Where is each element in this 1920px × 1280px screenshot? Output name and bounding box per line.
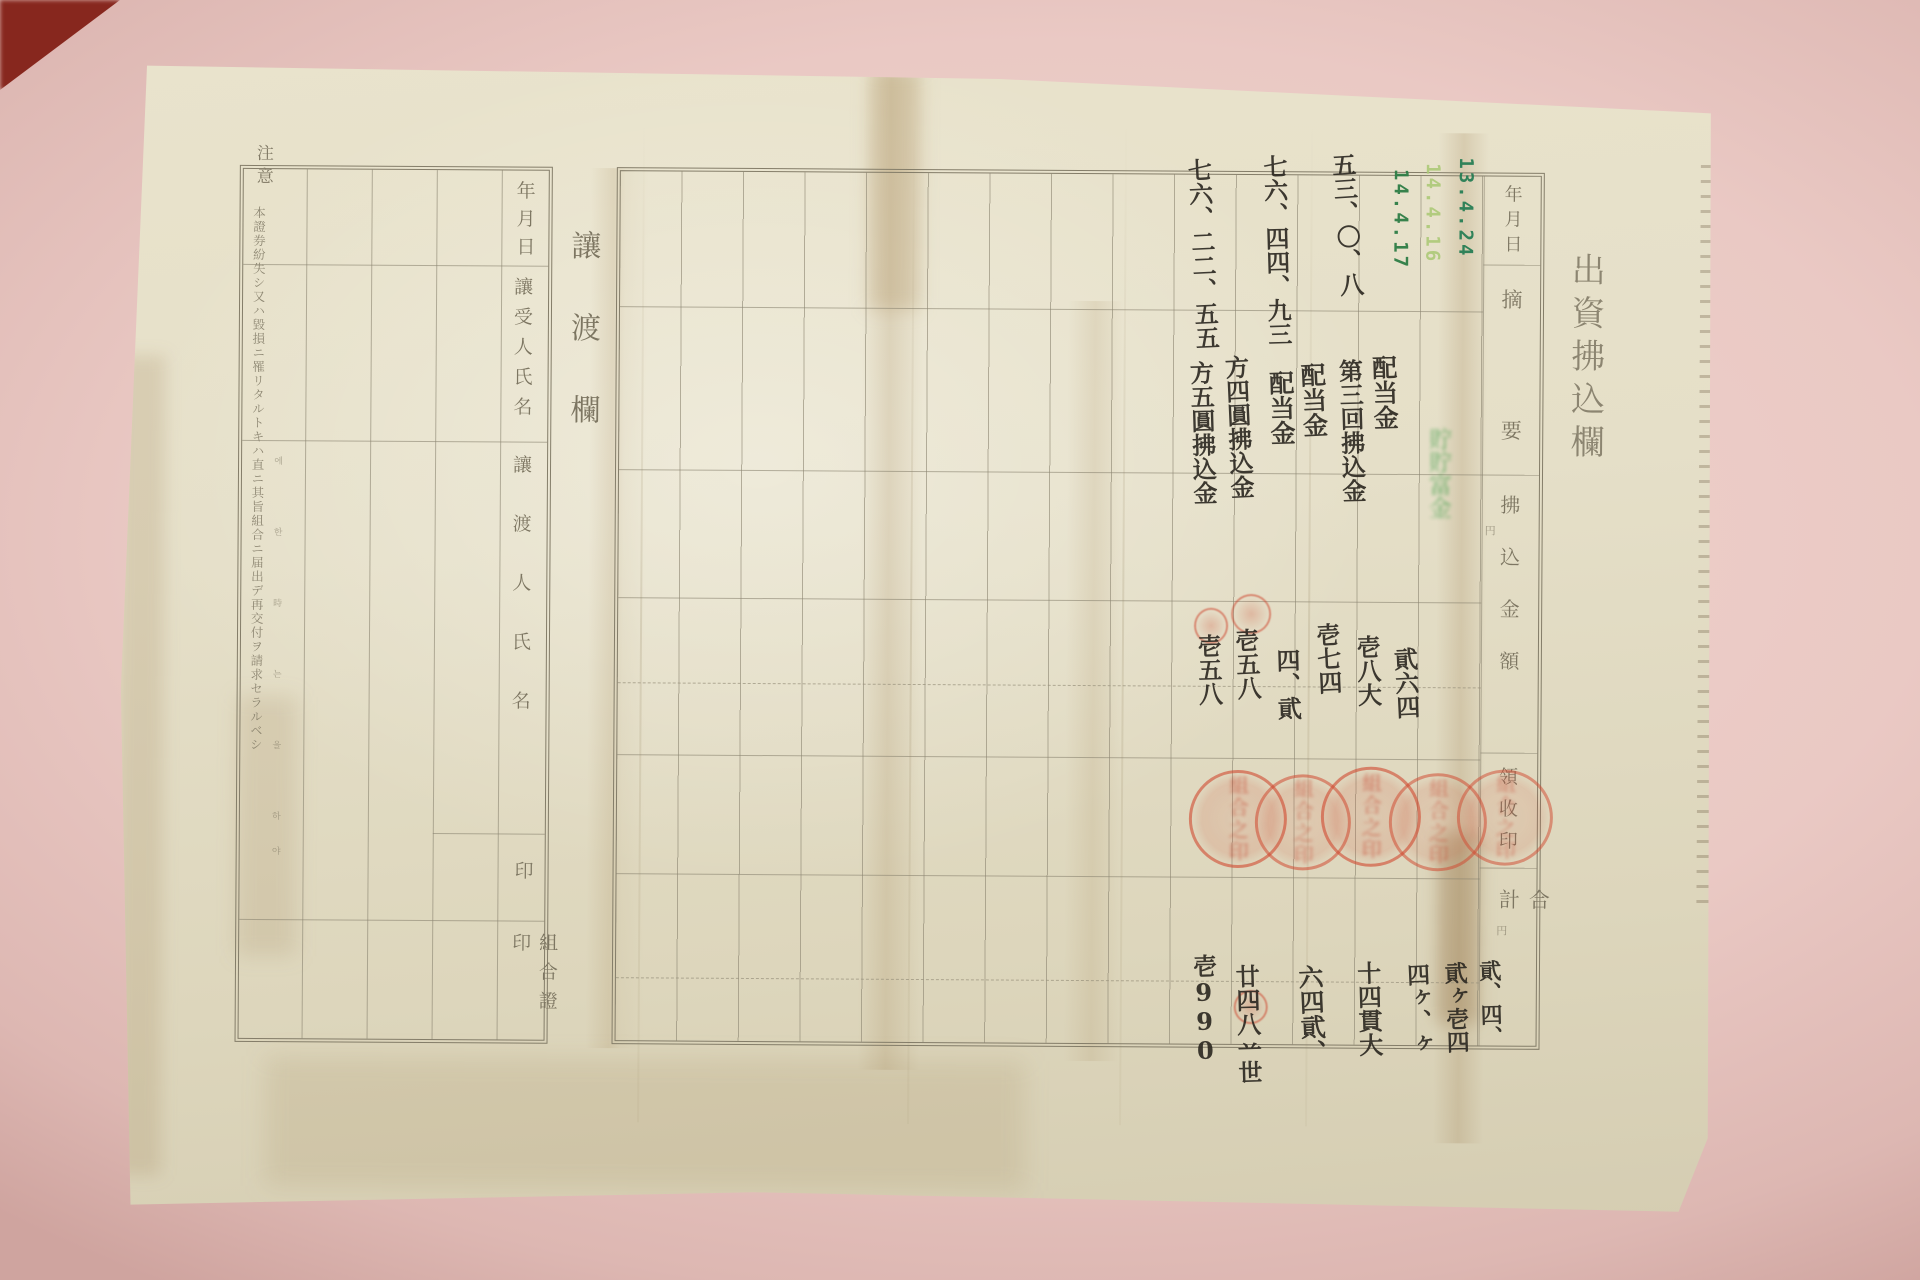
unit-mark-amount: 円 (1485, 522, 1496, 538)
summary-haitokin-3: 配当金 (1262, 370, 1298, 446)
total-col-5: 四ヶ、ヶ (1400, 962, 1436, 1055)
photo-background: 注意 本證券紛失シ又ハ毀損ニ罹リタルトキハ直ニ其旨組合ニ届出デ再交付ヲ請求セラル… (0, 0, 1920, 1280)
amount-col-2: 壱五八 (1226, 627, 1265, 701)
payment-section-title: 出資拂込欄 (1560, 252, 1610, 467)
payment-table: 年月日 摘要 拂込金額 領收印 合計 円 円 (615, 170, 1542, 1047)
transfer-header-transferee: 讓受人氏名 (508, 277, 536, 427)
transfer-table: 年月日 讓受人氏名 讓渡人氏名 印 組合證印 (238, 168, 550, 1041)
paper-stains (122, 55, 1718, 65)
summary-5yen: 方五圓拂込金 (1184, 360, 1219, 505)
amount-col-4: 壱七四 (1308, 622, 1345, 695)
transfer-header-date: 年月日 (511, 181, 539, 265)
backdrop-corner (0, 0, 120, 90)
payment-header-amount: 拂込金額 (1494, 495, 1524, 703)
total-col-7: 貮、四、 (1473, 959, 1507, 1048)
transfer-header-union-seal: 組合證印 (507, 933, 562, 1040)
summary-haitokin-2: 配当金 (1294, 362, 1331, 438)
date-stamp-14-4-16: 14.4.16 (1421, 163, 1444, 264)
transfer-header-seal: 印 (510, 861, 537, 880)
transfer-section-label: 讓渡欄 (559, 230, 605, 476)
payment-header-date: 年月日 (1498, 185, 1524, 260)
amount-col-5: 壱八大 (1349, 634, 1385, 707)
amount-col-1: 壱五八 (1189, 633, 1227, 706)
handwritten-date-col-2: 七六、四四、九三 (1258, 154, 1294, 347)
total-col-4: 十四貫大 (1350, 960, 1385, 1057)
summary-haitokin-1: 配当金 (1365, 354, 1401, 430)
total-col-1: 壱990 (1186, 953, 1222, 1065)
green-ink-stamp: 貯貯富金 (1422, 427, 1455, 519)
summary-4yen: 方四圓拂込金 (1219, 354, 1257, 499)
total-col-2: 廿四八䒑世 (1230, 964, 1263, 1085)
transfer-table-grid (244, 169, 549, 171)
summary-dai3kai: 第三回拂込金 (1332, 358, 1368, 503)
date-stamp-14-4-17: 14.4.17 (1389, 169, 1412, 270)
amount-col-3: 四、貮 (1269, 648, 1305, 721)
transfer-header-transferor: 讓渡人氏名 (506, 455, 535, 750)
total-col-6: 貮ヶ壱四 (1438, 961, 1472, 1054)
unit-mark-total: 円 (1496, 923, 1507, 939)
perforated-edge (1696, 165, 1715, 915)
amount-col-6: 貮六四 (1386, 646, 1423, 719)
receipt-seal-5: 組合之印 (1457, 769, 1554, 866)
certificate-paper: 注意 本證券紛失シ又ハ毀損ニ罹リタルトキハ直ニ其旨組合ニ届出デ再交付ヲ請求セラル… (114, 55, 1717, 1219)
total-col-3: 六四貮、 (1291, 964, 1330, 1065)
date-stamp-13-4-24: 13.4.24 (1454, 157, 1477, 258)
